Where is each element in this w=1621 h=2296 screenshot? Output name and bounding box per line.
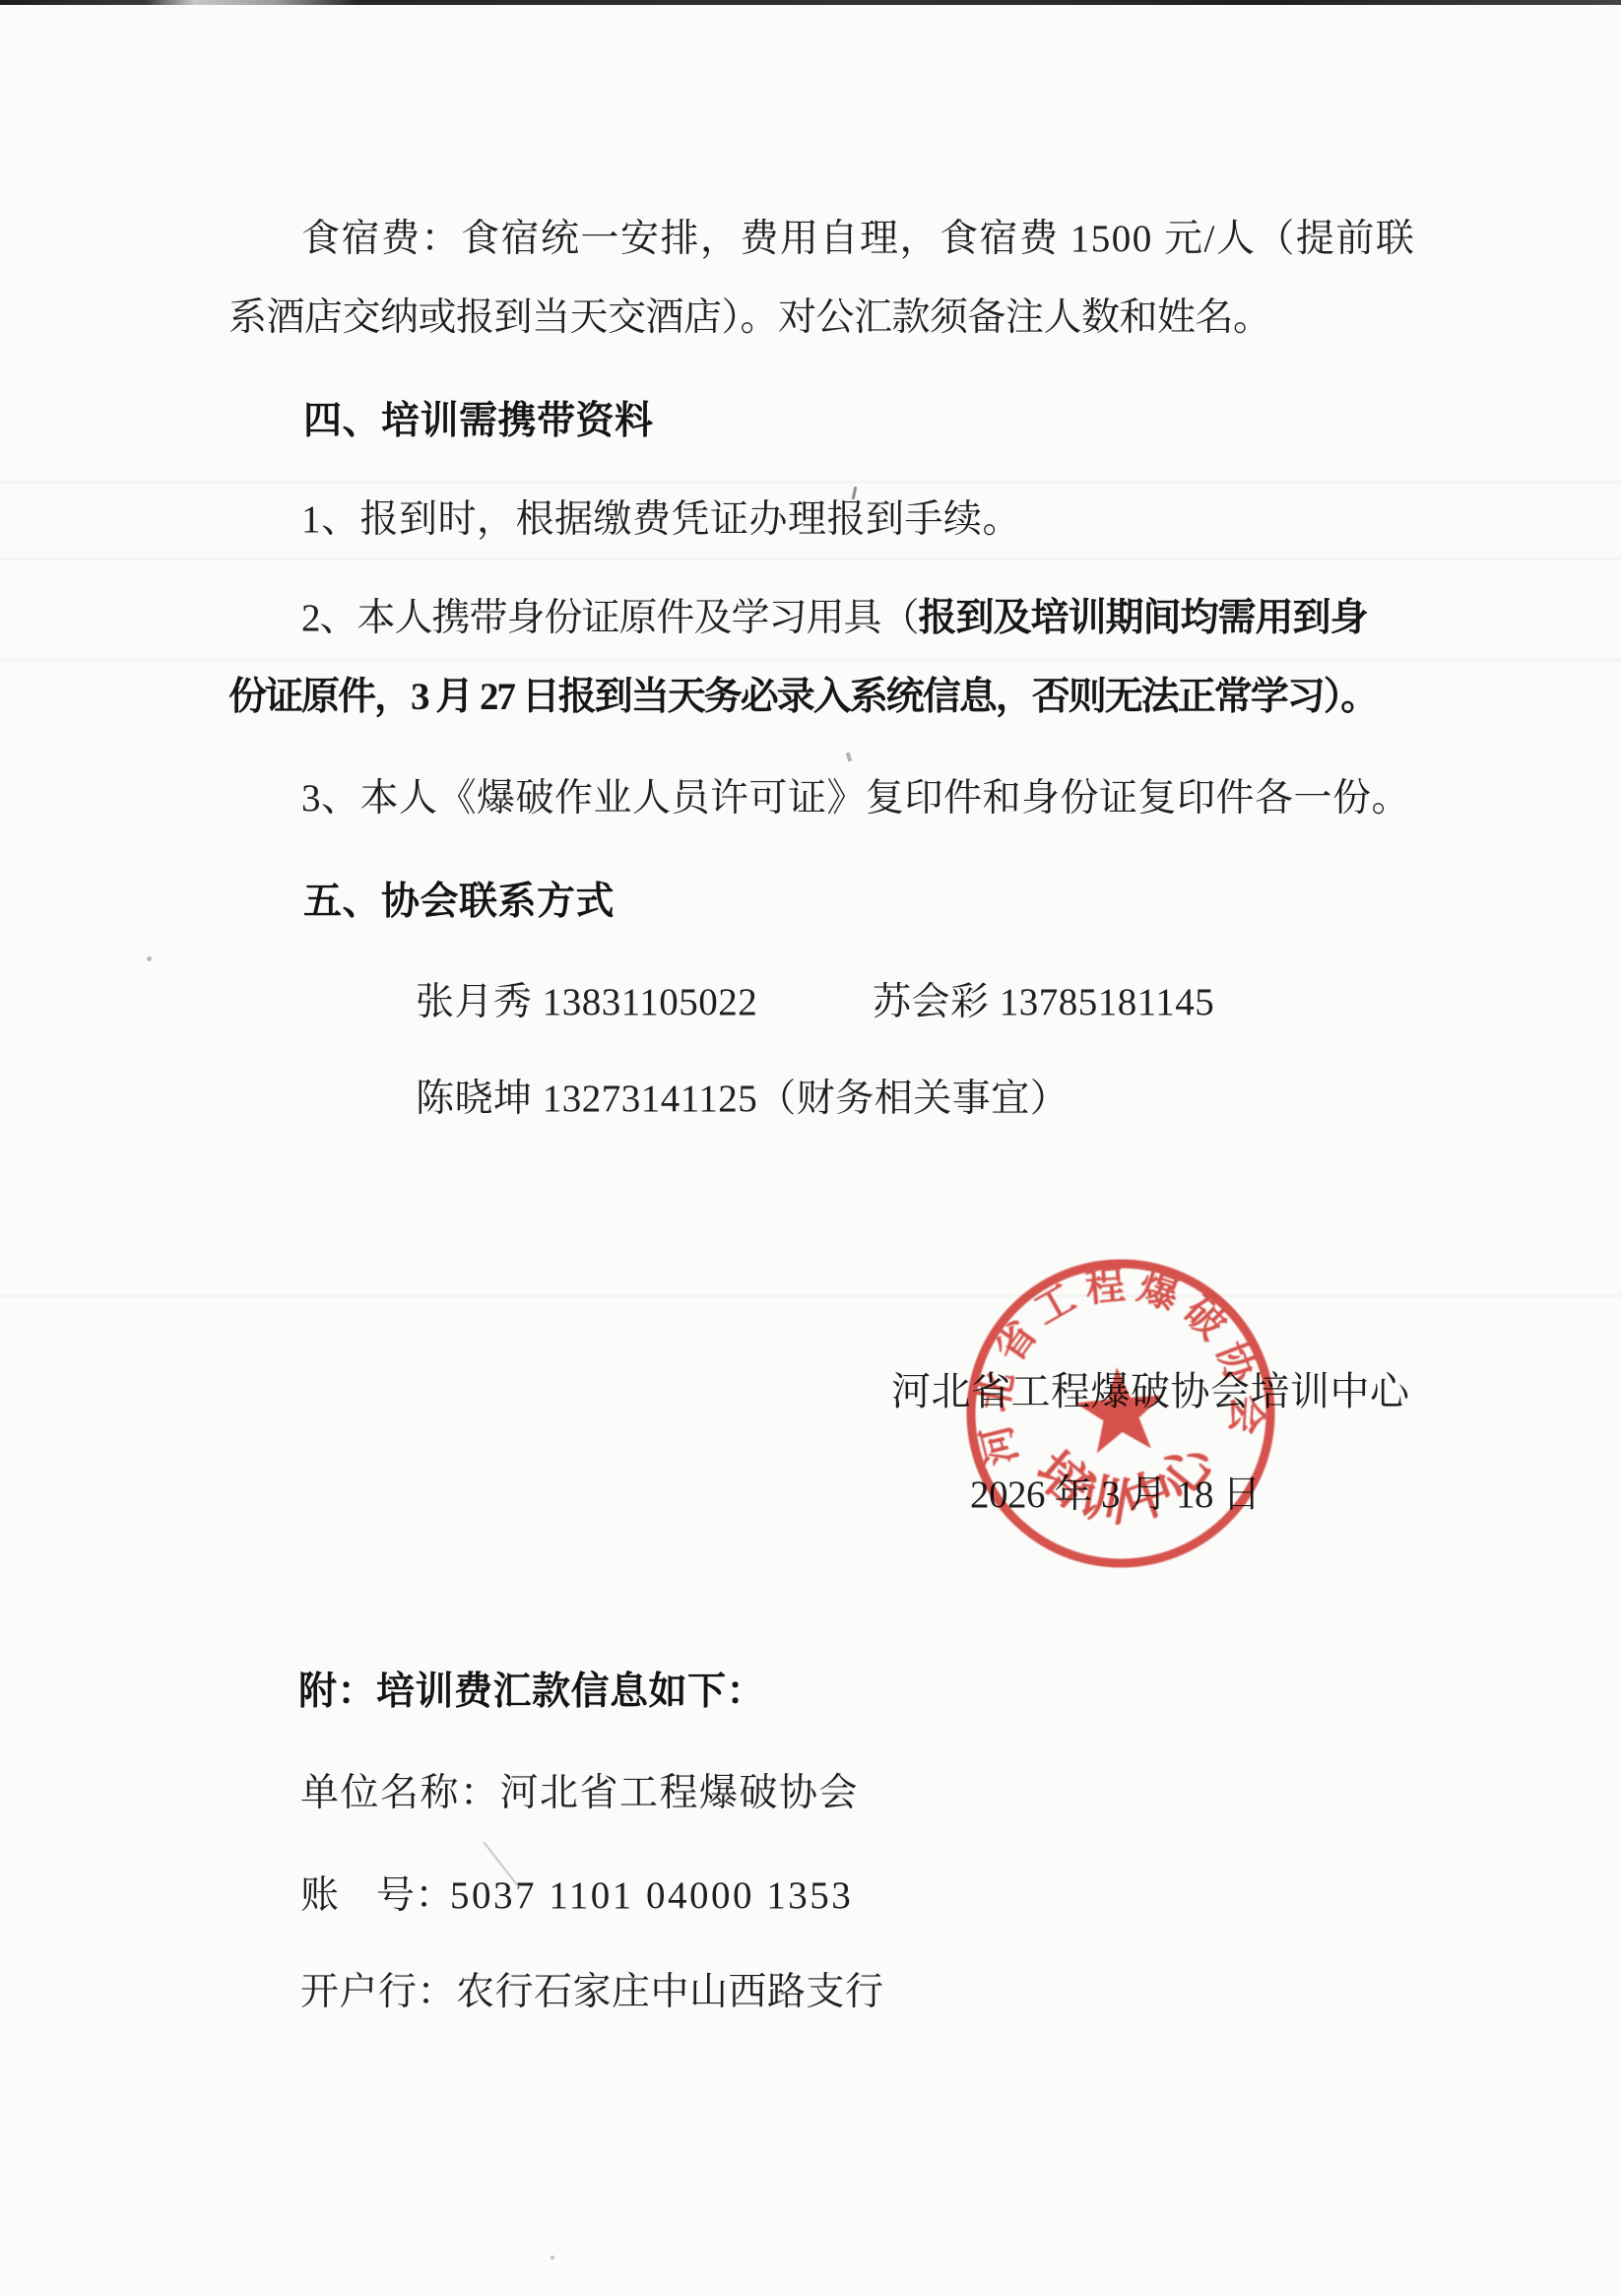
attachment-account-name: 单位名称：河北省工程爆破协会 (300, 1772, 859, 1815)
contact-chen: 陈晓坤 13273141125（财务相关事宜） (416, 1078, 1069, 1121)
attachment-heading: 附：培训费汇款信息如下： (298, 1671, 765, 1714)
item-1: 1、报到时，根据缴费凭证办理报到手续。 (301, 498, 1021, 542)
item-2-bold-text: 报到及培训期间均需用到身 (919, 597, 1368, 639)
attachment-bank: 开户行：农行石家庄中山西路支行 (300, 1971, 884, 2014)
scan-band (0, 659, 1621, 662)
document-page: 食宿费：食宿统一安排，费用自理，食宿费 1500 元/人（提前联 系酒店交纳或报… (0, 0, 1621, 2296)
seal-star (1072, 1363, 1167, 1454)
scan-top-edge (0, 0, 1621, 5)
lodging-fee-line-1: 食宿费：食宿统一安排，费用自理，食宿费 1500 元/人（提前联 (301, 218, 1415, 261)
account-label-2: 号： (376, 1874, 454, 1918)
account-number: 5037 1101 04000 1353 (450, 1874, 853, 1918)
contacts-line-1: 张月秀 13831105022苏会彩 13785181145 (416, 981, 757, 1024)
seal-graphic: 河北省工程爆破协会 培训中心 (946, 1239, 1294, 1587)
scan-speck (846, 753, 853, 762)
scan-speck (147, 956, 152, 961)
scan-band (0, 558, 1621, 560)
scan-speck (551, 2256, 554, 2260)
item-3: 3、本人《爆破作业人员许可证》复印件和身份证复印件各一份。 (301, 777, 1410, 820)
contact-zhang: 张月秀 13831105022 (416, 981, 757, 1023)
section4-heading: 四、培训需携带资料 (303, 400, 654, 443)
official-seal: 河北省工程爆破协会 培训中心 (946, 1239, 1294, 1587)
item-2-line-2: 份证原件，3 月 27 日报到当天务必录入系统信息，否则无法正常学习）。 (228, 676, 1377, 719)
item-2-normal-text: 2、本人携带身份证原件及学习用具（ (301, 597, 919, 639)
scan-band (0, 481, 1621, 484)
attachment-account-number-line: 账号：5037 1101 04000 1353 (300, 1874, 340, 1918)
lodging-fee-line-2: 系酒店交纳或报到当天交酒店）。对公汇款须备注人数和姓名。 (228, 296, 1271, 340)
scan-band (0, 1294, 1621, 1297)
seal-bottom-text: 培训中心 (1021, 1427, 1233, 1542)
contact-su: 苏会彩 13785181145 (873, 981, 1214, 1024)
item-2-line-1: 2、本人携带身份证原件及学习用具（报到及培训期间均需用到身 (301, 597, 1368, 640)
section5-heading: 五、协会联系方式 (303, 881, 615, 924)
account-label: 账 (300, 1874, 340, 1917)
